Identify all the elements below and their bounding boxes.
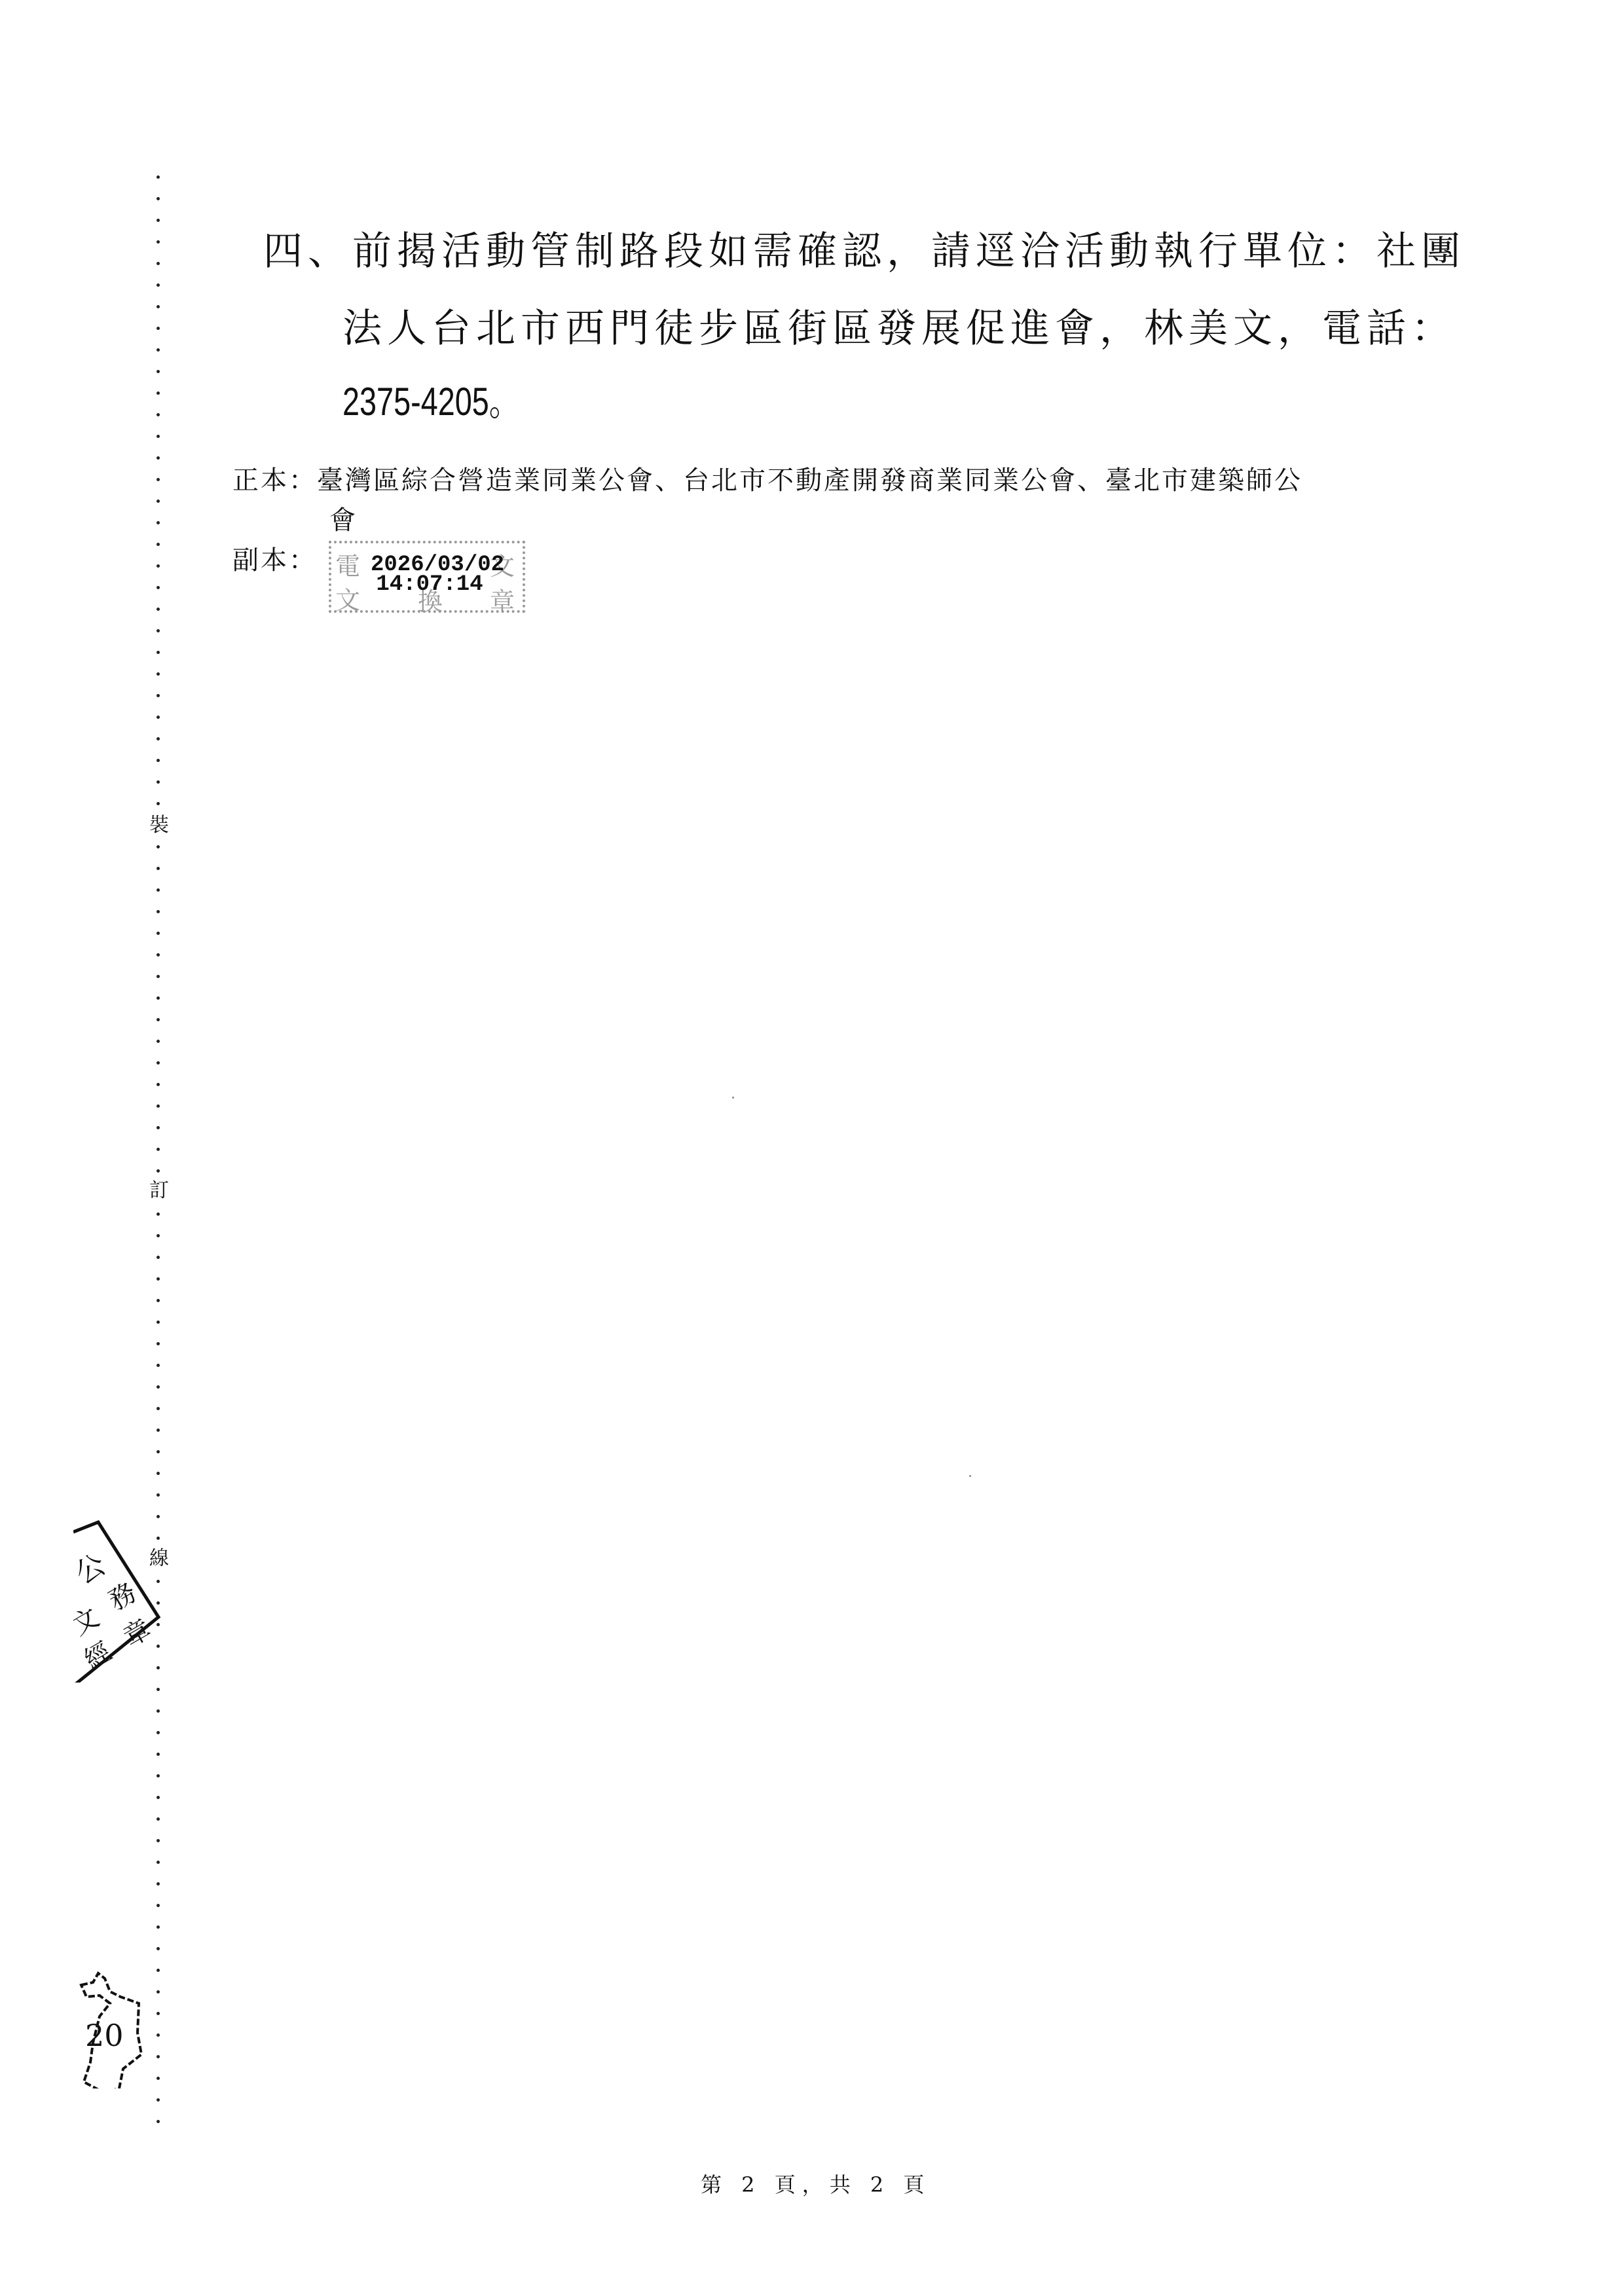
binding-dot (157, 197, 160, 200)
binding-dot (157, 672, 160, 676)
copy-recipients-label: 副本： (232, 545, 317, 575)
binding-dot (157, 348, 160, 352)
binding-dot (157, 2033, 160, 2037)
binding-dot (157, 1169, 160, 1173)
main-recipients-continued: 會 (329, 507, 358, 534)
binding-dot (157, 1407, 160, 1410)
binding-dot (157, 759, 160, 762)
binding-dot (157, 1709, 160, 1713)
binding-dot (157, 1342, 160, 1345)
binding-dot (157, 1212, 160, 1216)
stamp-datetime: 2026/03/02 14:07:14 (371, 555, 489, 594)
main-recipients-list: 臺灣區綜合營造業同業公會、台北市不動產開發商業同業公會、臺北市建築師公 (317, 465, 1302, 496)
binding-dot (157, 1925, 160, 1929)
binding-dot (157, 780, 160, 784)
binding-dot (157, 608, 160, 611)
binding-dot (157, 1861, 160, 1864)
binding-dot (157, 175, 160, 179)
binding-dot (157, 932, 160, 935)
binding-dot (157, 2077, 160, 2080)
binding-dot (157, 910, 160, 913)
binding-dot (157, 1126, 160, 1129)
binding-dot (157, 1299, 160, 1302)
binding-dot (157, 2055, 160, 2058)
binding-dot (157, 651, 160, 654)
stamp-char-electric: 電 (335, 546, 360, 582)
binding-dot (157, 1429, 160, 1432)
binding-dot (157, 953, 160, 957)
binding-dot (157, 1990, 160, 1994)
binding-dot (157, 1839, 160, 1842)
binding-dot (157, 413, 160, 416)
binding-dot (157, 1796, 160, 1799)
svg-text:公: 公 (73, 1548, 111, 1591)
binding-dot (157, 1148, 160, 1151)
binding-dot (157, 2120, 160, 2123)
binding-dot (157, 737, 160, 740)
binding-dot (157, 586, 160, 589)
binding-dot (157, 1774, 160, 1777)
binding-dot (157, 802, 160, 805)
binding-dot (157, 1104, 160, 1108)
binding-dot (157, 1018, 160, 1021)
svg-text:章: 章 (119, 1614, 157, 1653)
binding-dot (157, 1688, 160, 1691)
binding-dot (157, 521, 160, 524)
svg-text:經: 經 (79, 1637, 117, 1676)
binding-dot (157, 1083, 160, 1086)
copy-recipients-row: 副本： (232, 547, 317, 574)
main-recipients-label: 正本： (232, 465, 317, 496)
binding-dot (157, 305, 160, 308)
stamp-char-seal: 章 (490, 581, 515, 617)
binding-dot (157, 1472, 160, 1475)
binding-dot (157, 1364, 160, 1367)
item-4-line-2: 法人台北市西門徒步區街區發展促進會，林美文，電話： (342, 309, 1456, 348)
item-4-line-1: 四、前揭活動管制路段如需確認，請逕洽活動執行單位：社團 (263, 232, 1466, 271)
binding-dot (157, 500, 160, 503)
binding-dot (157, 564, 160, 568)
main-recipients-row: 正本：臺灣區綜合營造業同業公會、台北市不動產開發商業同業公會、臺北市建築師公 (232, 467, 1302, 494)
binding-dot (157, 283, 160, 287)
binding-dot (157, 2012, 160, 2015)
binding-dot (157, 1450, 160, 1453)
binding-dot (157, 1969, 160, 1972)
binding-dot (157, 1731, 160, 1734)
page-seal-icon: 20 (73, 1971, 152, 2088)
binding-margin-line (155, 170, 162, 2141)
document-exchange-stamp: 電 文 文 換 章 2026/03/02 14:07:14 (329, 541, 525, 613)
svg-text:20: 20 (85, 2018, 124, 2053)
scan-speck (732, 1097, 734, 1099)
svg-text:文: 文 (73, 1602, 104, 1641)
binding-dot (157, 1277, 160, 1281)
binding-dot (157, 262, 160, 265)
binding-dot (157, 867, 160, 870)
binding-dot (157, 392, 160, 395)
binding-dot (157, 1753, 160, 1756)
binding-dot (157, 456, 160, 460)
binding-dot (157, 435, 160, 438)
page-indicator: 第 2 頁，共 2 頁 (701, 2168, 931, 2198)
official-exchange-seal-icon: 公 務 文 章 經 (73, 1519, 165, 1683)
binding-dot (157, 1493, 160, 1497)
binding-label-bind: 裝 (149, 813, 169, 838)
binding-dot (157, 1515, 160, 1518)
binding-dot (157, 996, 160, 1000)
binding-dot (157, 2098, 160, 2102)
binding-dot (157, 888, 160, 892)
binding-dot (157, 1256, 160, 1259)
binding-dot (157, 219, 160, 222)
stamp-char-document: 文 (335, 580, 360, 616)
binding-dot (157, 716, 160, 719)
binding-dot (157, 629, 160, 632)
binding-dot (157, 975, 160, 978)
binding-dot (157, 1947, 160, 1950)
binding-dot (157, 1040, 160, 1043)
binding-dot (157, 1817, 160, 1821)
binding-label-staple: 訂 (149, 1178, 169, 1203)
binding-dot (157, 1061, 160, 1065)
binding-dot (157, 478, 160, 481)
binding-dot (157, 370, 160, 373)
binding-dot (157, 1321, 160, 1324)
binding-dot (157, 1904, 160, 1907)
binding-dot (157, 1385, 160, 1389)
binding-dot (157, 1234, 160, 1237)
binding-dot (157, 694, 160, 697)
binding-dot (157, 240, 160, 244)
binding-dot (157, 327, 160, 330)
scan-speck (969, 1475, 971, 1477)
binding-dot (157, 543, 160, 546)
binding-dot (157, 1882, 160, 1886)
binding-dot (157, 845, 160, 848)
stamp-time: 14:07:14 (371, 575, 489, 594)
item-4-phone: 2375-4205。 (342, 382, 520, 422)
